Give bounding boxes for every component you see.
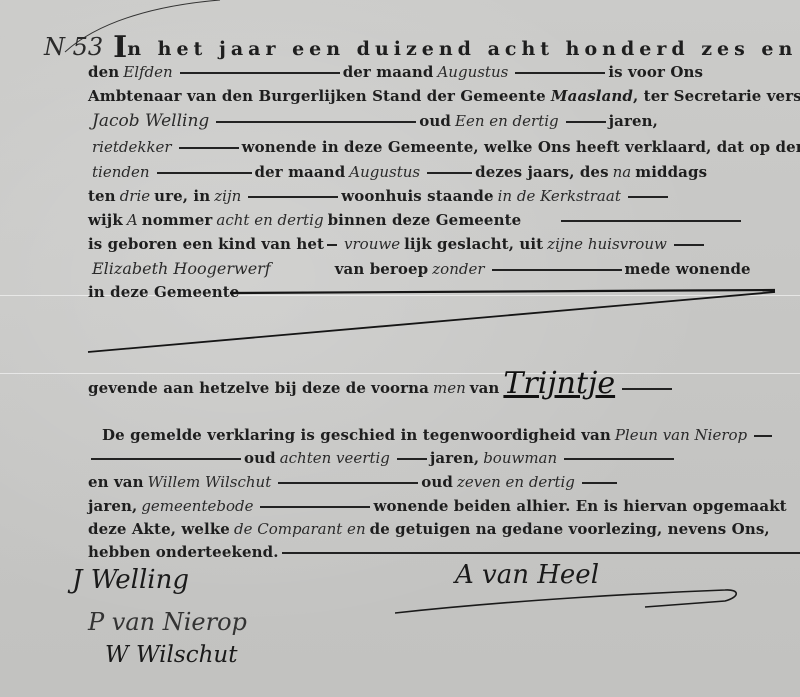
initial-capital: I bbox=[113, 30, 127, 65]
line-official: Ambtenaar van den Burgerlijken Stand der… bbox=[88, 86, 800, 105]
witness2-name: Willem Wilschut bbox=[148, 473, 272, 491]
birth-day: tienden bbox=[92, 163, 150, 181]
street: in de Kerkstraat bbox=[498, 187, 621, 205]
scanned-certificate: N 53In het jaar een duizend acht honderd… bbox=[0, 0, 800, 697]
line-date: denElfdender maandAugustusis voor Ons bbox=[88, 62, 703, 81]
line-occupation: rietdekkerwonende in deze Gemeente, welk… bbox=[88, 137, 800, 156]
witness1-age: achten veertig bbox=[280, 449, 390, 467]
mother-occupation: zonder bbox=[432, 260, 484, 278]
header-line: N 53In het jaar een duizend acht honderd… bbox=[40, 30, 800, 65]
witness1-occupation: bouwman bbox=[483, 449, 557, 467]
signature-declarant: J Welling bbox=[72, 565, 189, 595]
line-birth-place: tendrieure, inzijnwoonhuis staandein de … bbox=[88, 186, 671, 205]
line-witness2-details: jaren,gemeentebodewonende beiden alhier.… bbox=[88, 496, 787, 515]
line-declarant: Jacob WellingoudEen en dertigjaren, bbox=[88, 111, 658, 131]
municipality: Maasland bbox=[551, 87, 633, 105]
handwritten-day: Elfden bbox=[123, 63, 172, 81]
line-mother: Elizabeth Hoogerwerfvan beroepzondermede… bbox=[88, 259, 751, 278]
witness2-age: zeven en dertig bbox=[457, 473, 575, 491]
child-sex: vrouwe bbox=[344, 235, 400, 253]
witness1-name: Pleun van Nierop bbox=[615, 426, 747, 444]
witness2-occupation: gemeentebode bbox=[141, 497, 253, 515]
line-signed: hebben onderteekend. bbox=[88, 542, 800, 561]
signature-witness2: W Wilschut bbox=[105, 642, 237, 668]
line-deed: deze Akte, welkede Comparant ende getuig… bbox=[88, 519, 770, 538]
declarant-name: Jacob Welling bbox=[92, 111, 209, 131]
mother-name: Elizabeth Hoogerwerf bbox=[92, 259, 271, 278]
line-address: wijkAnommeracht en dertigbinnen deze Gem… bbox=[88, 210, 744, 229]
handwritten-month: Augustus bbox=[437, 63, 508, 81]
signature-flourish bbox=[395, 585, 745, 620]
house-number: acht en dertig bbox=[216, 211, 323, 229]
record-number: N 53 bbox=[44, 33, 103, 61]
line-witness1-details: oudachten veertigjaren,bouwman bbox=[88, 448, 677, 467]
line-witnesses: De gemelde verklaring is geschied in teg… bbox=[102, 425, 775, 444]
line-child-sex: is geboren een kind van hetvrouwelijk ge… bbox=[88, 234, 707, 253]
line-given-name: gevende aan hetzelve bij deze de voornam… bbox=[88, 366, 675, 401]
signature-witness1: P van Nierop bbox=[88, 608, 247, 636]
birth-hour: drie bbox=[120, 187, 150, 205]
declarant-age: Een en dertig bbox=[455, 112, 559, 130]
line-witness2: en vanWillem Wilschutoudzeven en dertig bbox=[88, 472, 620, 491]
birth-month: Augustus bbox=[349, 163, 420, 181]
child-given-name: Trijntje bbox=[503, 366, 615, 401]
cancellation-strike bbox=[0, 280, 800, 360]
ward: A bbox=[127, 211, 138, 229]
line-birth-date: tiendender maandAugustusdezes jaars, des… bbox=[88, 162, 707, 181]
declarant-occupation: rietdekker bbox=[92, 138, 172, 156]
